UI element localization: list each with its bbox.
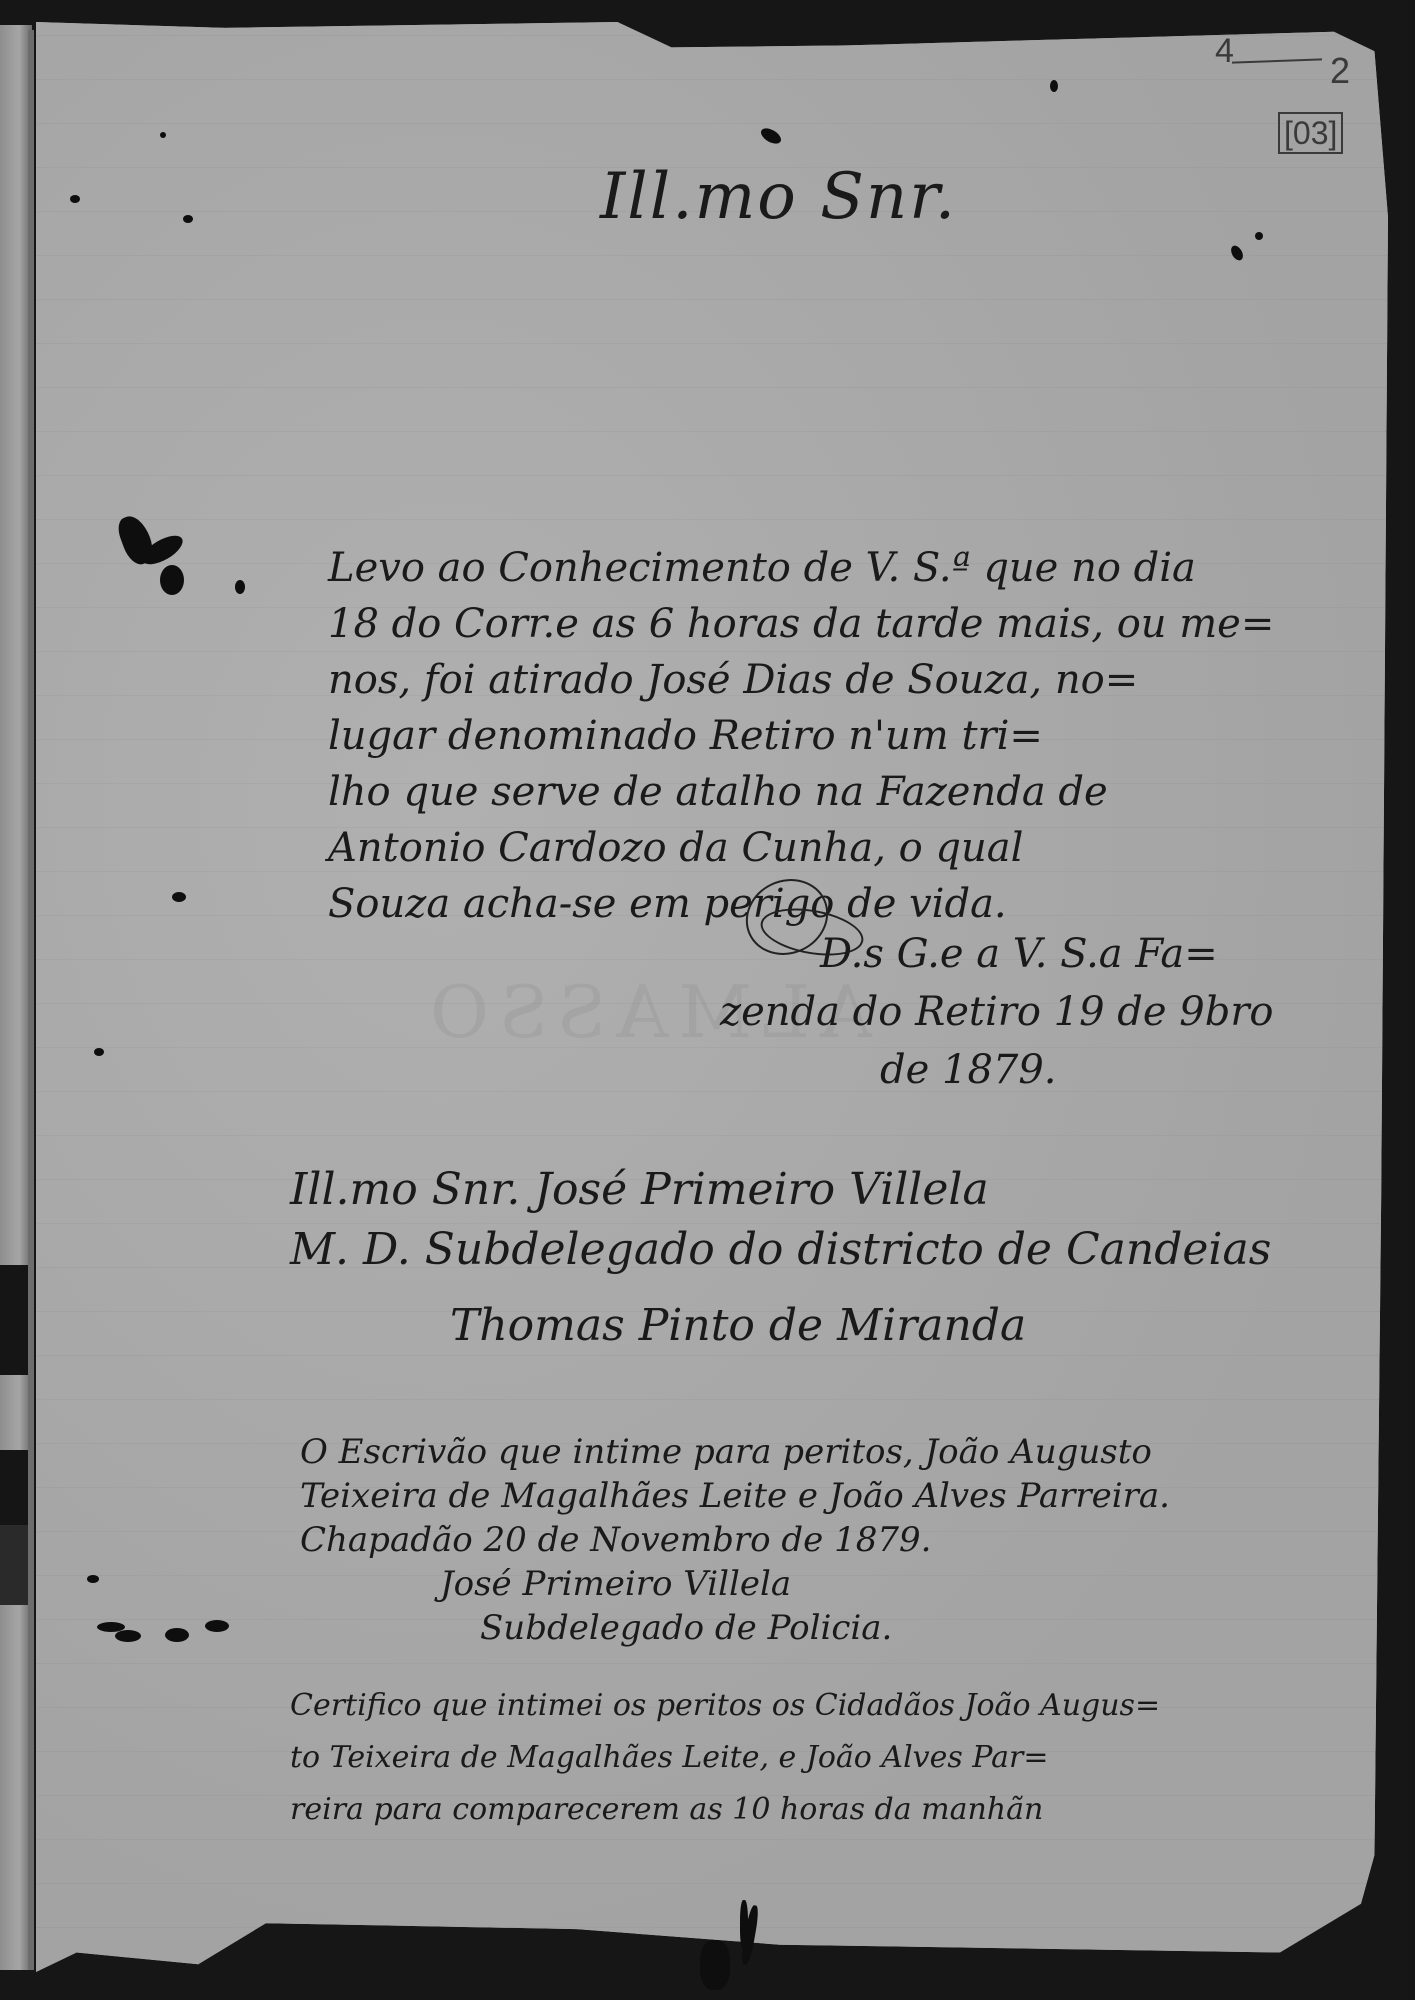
ink-blot: [700, 1940, 730, 1990]
binding-tab: [0, 1450, 30, 1525]
order-line: O Escrivão que intime para peritos, João…: [300, 1430, 1170, 1474]
ink-spot: [172, 892, 186, 902]
ink-spot: [70, 195, 80, 203]
body-line: nos, foi atirado José Dias de Souza, no=: [328, 652, 1368, 708]
body-line: lho que serve de atalho na Fazenda de: [328, 764, 1368, 820]
ink-spot: [160, 132, 166, 138]
binding-tab: [0, 1525, 30, 1605]
address-line: M. D. Subdelegado do districto de Candei…: [290, 1220, 1271, 1280]
letter-closing: D.s G.e a V. S.a Fa= zenda do Retiro 19 …: [760, 925, 1274, 1099]
body-line: lugar denominado Retiro n'um tri=: [328, 708, 1368, 764]
ink-blot: [160, 565, 184, 595]
addressee: Ill.mo Snr. José Primeiro Villela M. D. …: [290, 1160, 1271, 1280]
ink-blot: [115, 1630, 141, 1642]
ink-spot: [1255, 232, 1263, 240]
closing-line: de 1879.: [760, 1041, 1274, 1099]
ink-spot: [183, 215, 193, 223]
ink-spot: [94, 1048, 104, 1056]
ink-blot: [165, 1628, 189, 1642]
order-line: Teixeira de Magalhães Leite e João Alves…: [300, 1474, 1170, 1518]
body-line: Levo ao Conhecimento de V. S.ª que no di…: [328, 540, 1368, 596]
binding-spine: [28, 30, 34, 1970]
order-signature-title: Subdelegado de Policia.: [300, 1606, 1170, 1650]
binding-tab: [0, 1265, 30, 1375]
ink-spot: [1050, 80, 1058, 92]
ink-blot: [235, 580, 245, 594]
certificate: Certifico que intimei os peritos os Cida…: [290, 1680, 1160, 1836]
letter-body: Levo ao Conhecimento de V. S.ª que no di…: [328, 540, 1368, 932]
folio-number: 4: [1215, 32, 1234, 71]
ink-spot: [87, 1575, 99, 1583]
folio-page: 2: [1330, 50, 1350, 92]
dispatch-order: O Escrivão que intime para peritos, João…: [300, 1430, 1170, 1650]
ink-blot: [205, 1620, 229, 1632]
archive-reference: [03]: [1278, 112, 1343, 154]
order-line: Chapadão 20 de Novembro de 1879.: [300, 1518, 1170, 1562]
body-line: Antonio Cardozo da Cunha, o qual: [328, 820, 1368, 876]
certificate-line: to Teixeira de Magalhães Leite, e João A…: [290, 1732, 1160, 1784]
certificate-line: reira para comparecerem as 10 horas da m…: [290, 1784, 1160, 1836]
address-line: Ill.mo Snr. José Primeiro Villela: [290, 1160, 1271, 1220]
closing-line: D.s G.e a V. S.a Fa=: [760, 925, 1274, 983]
body-line: 18 do Corr.e as 6 horas da tarde mais, o…: [328, 596, 1368, 652]
salutation: Ill.mo Snr.: [600, 160, 957, 234]
document-scan: ALMASSO 4 2 [03] Ill.mo Snr. Levo ao Con…: [0, 0, 1415, 2000]
order-signature: José Primeiro Villela: [300, 1562, 1170, 1606]
signature: Thomas Pinto de Miranda: [450, 1300, 1026, 1351]
certificate-line: Certifico que intimei os peritos os Cida…: [290, 1680, 1160, 1732]
closing-line: zenda do Retiro 19 de 9bro: [720, 983, 1274, 1041]
